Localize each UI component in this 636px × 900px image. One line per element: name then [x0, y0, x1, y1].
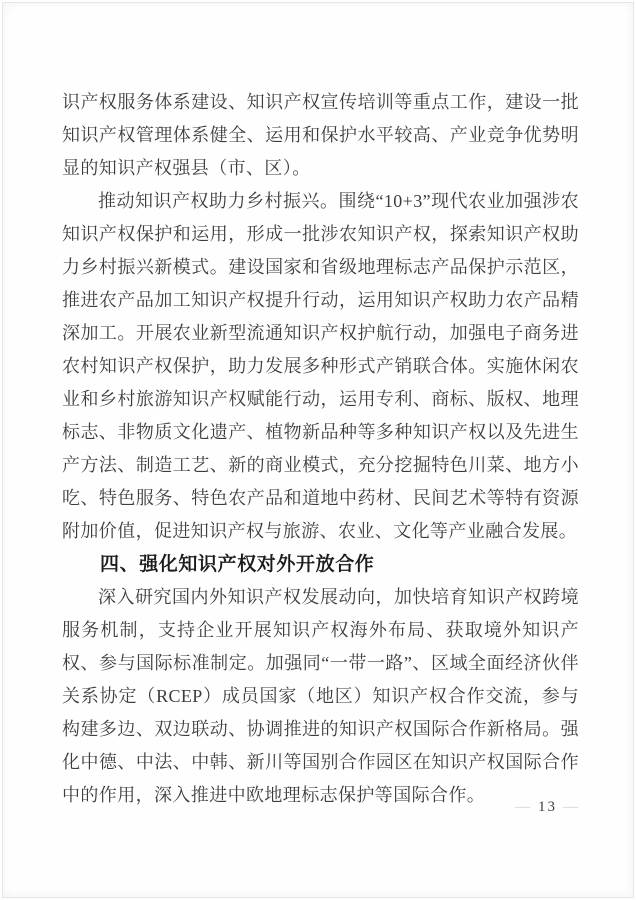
- page-text-block: 识产权服务体系建设、知识产权宣传培训等重点工作，建设一批知识产权管理体系健全、运…: [62, 86, 579, 812]
- paragraph-opening-cooperation: 深入研究国内外知识产权发展动向，加快培育知识产权跨境服务机制，支持企业开展知识产…: [62, 581, 579, 812]
- page-number-left-dash: —: [515, 799, 532, 815]
- page-number-footer: —13—: [515, 799, 580, 816]
- page-number: 13: [532, 799, 563, 815]
- section-heading-4: 四、强化知识产权对外开放合作: [62, 548, 579, 581]
- paragraph-continuation: 识产权服务体系建设、知识产权宣传培训等重点工作，建设一批知识产权管理体系健全、运…: [62, 86, 579, 185]
- scanned-document-page: 识产权服务体系建设、知识产权宣传培训等重点工作，建设一批知识产权管理体系健全、运…: [0, 0, 636, 900]
- page-number-right-dash: —: [563, 799, 580, 815]
- paragraph-rural-revitalization: 推动知识产权助力乡村振兴。围绕“10+3”现代农业加强涉农知识产权保护和运用，形…: [62, 185, 579, 548]
